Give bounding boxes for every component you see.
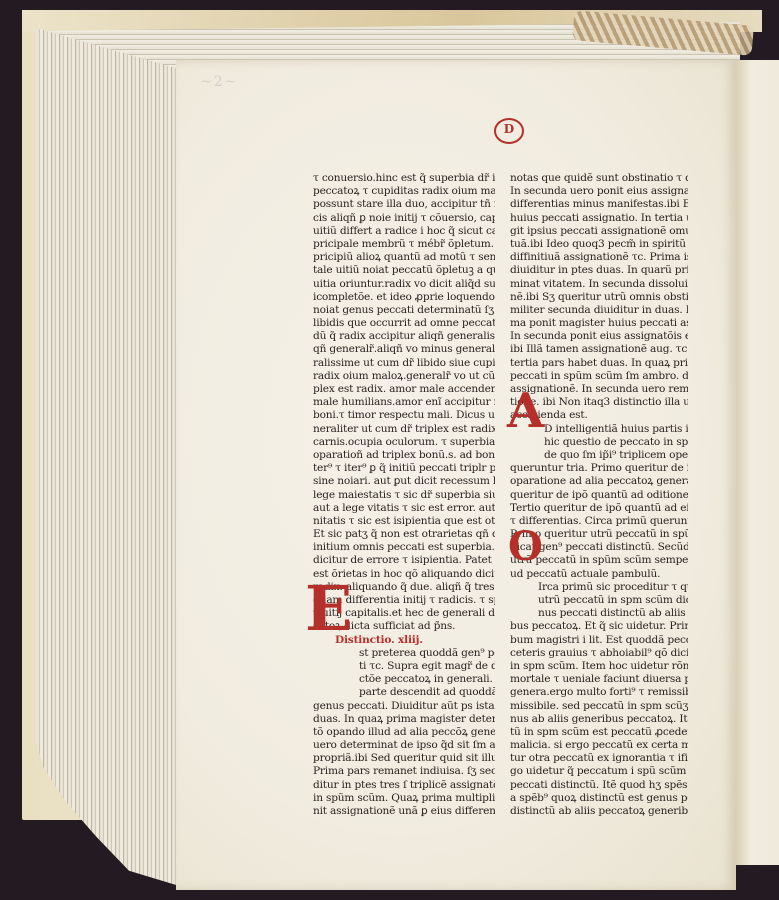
page-edges-fore (36, 28, 186, 888)
right-section-o-body: Irca primũ sic proceditur τ queriturutrũ… (510, 581, 688, 818)
text-line: boni.τ timor respectu mali. Dicus uero g… (313, 409, 495, 422)
rubricated-initial-a: A (507, 386, 544, 436)
text-line: nus ab aliis generibus peccatoꝝ. Itẽ pec… (510, 713, 688, 726)
text-line: dũ q̃ radix accipitur aliqñ generalissim… (313, 330, 495, 343)
text-line: malicia. si ergo peccatũ ex certa malici… (510, 739, 688, 752)
text-line: huius peccati assignatio. In tertia uero… (510, 212, 688, 225)
facing-page (736, 60, 779, 865)
text-line: mortale τ ueniale faciunt diuersa peccat… (510, 673, 688, 686)
text-line: in spũm scũm. Quaꝝ prima multipliciter p… (313, 792, 495, 805)
book-photograph: ~2~ D τ conuersio.hinc est q̃ superbia d… (0, 0, 779, 900)
text-line: bum magistri i lit. Est quoddã peccati g… (510, 634, 688, 647)
text-line: Irca primũ sic proceditur τ queritur (510, 581, 688, 594)
text-line: tõ opando illud ad alia peccõꝝ genera. I… (313, 726, 495, 739)
text-line: τ conuersio.hinc est q̃ superbia dr̃ ini… (313, 172, 495, 185)
text-line: tũ in spm scũm est peccatũ ꝓcedens ex ce… (510, 726, 688, 739)
text-line: peccati distinctũ. Itẽ quod hʒ spẽs ꝓpri… (510, 779, 688, 792)
text-line: queritur de ipõ quantũ ad oditiones prop… (510, 489, 688, 502)
text-line: ibi Illã tamen assignationẽ aug. τc. Sim… (510, 343, 688, 356)
text-line: nus peccati distinctũ ab aliis generi (510, 607, 688, 620)
text-line: missibile. sed peccatũ in spm scũʒ est a… (510, 700, 688, 713)
text-line: ceteris grauius τ abhoiabil⁹ qõ dicitur … (510, 647, 688, 660)
text-line: de quo ſm ip̃i⁹ triplicem operatões (510, 449, 688, 462)
left-text-column: τ conuersio.hinc est q̃ superbia dr̃ ini… (313, 172, 495, 818)
text-line: sine noiari. aut ꝑut dicit recessum libe… (313, 475, 495, 488)
text-line: Prima pars remanet indiuisa. ſʒ secũda d… (313, 765, 495, 778)
text-line: peccati in spũm scũm ſm ambro. diffiniti… (510, 370, 688, 383)
text-line: ma ponit magister huius peccati assignat… (510, 317, 688, 330)
text-line: propriã.ibi Sed queritur quid sit illud … (313, 752, 495, 765)
left-column-body: τ conuersio.hinc est q̃ superbia dr̃ ini… (313, 172, 495, 634)
text-line: diffinitiuã assignationẽ τc. Prima istaꝝ… (510, 251, 688, 264)
text-line: initium omnis peccati est superbia. τ qu… (313, 541, 495, 554)
text-line: oparatioñ ad triplex bonũ.s. ad bonũ iſt… (313, 449, 495, 462)
text-line: go uidetur q̃ peccatum i spũ scũm sit ge… (510, 765, 688, 778)
text-line: genus peccati. Diuiditur aũt ps ista in … (313, 700, 495, 713)
text-line: ti τc. Supra egit magr̃ de distin (313, 660, 495, 673)
text-line: nẽ.ibi Sʒ queritur utrũ omnis obstinatio… (510, 291, 688, 304)
text-line: notas que quidẽ sunt obstinatio τ desper… (510, 172, 688, 185)
text-line: git ipsius peccati assignationẽ omunẽ τ … (510, 225, 688, 238)
text-line: parte descendit ad quoddã spãle (313, 686, 495, 699)
text-line: nit assignationẽ unã ꝑ eius differentias… (313, 805, 495, 818)
text-line: pricipiũ alioꝝ quantũ ad motũ τ sensũ si… (313, 251, 495, 264)
folio-number-ghost: ~2~ (200, 74, 238, 90)
text-line: duas. In quaꝝ prima magister determiat õ… (313, 713, 495, 726)
text-line: possunt stare illa duo, accipitur tñ nom… (313, 198, 495, 211)
text-line: bus peccatoꝝ. Et q̃ sic uidetur. Primo p… (510, 620, 688, 633)
text-line: queruntur tria. Primo queritur de ipso i… (510, 462, 688, 475)
text-line: noiat genus peccati determinatũ ſʒ ꝓnita… (313, 304, 495, 317)
text-line: ter⁹ τ iter⁹ ꝑ q̃ initiũ peccati tripl̃r… (313, 462, 495, 475)
rubricated-initial-o: O (508, 527, 543, 567)
text-line: tale uitiũ noiat peccatũ õpletuꝫ a quo o… (313, 264, 495, 277)
text-line: libidis que occurrit ad omne peccatũ. Q̃… (313, 317, 495, 330)
text-line: neraliter ut cum dr̃ triplex est radix.s… (313, 423, 495, 436)
right-text-column: notas que quidẽ sunt obstinatio τ desper… (510, 172, 688, 818)
text-line: dicitur de errore τ isipientia. Patet et… (313, 554, 495, 567)
text-line: carnis.ocupia oculorum. τ superbia uite … (313, 436, 495, 449)
text-line: tertia pars habet duas. In quaꝝ prima po… (510, 357, 688, 370)
text-line: Et sic patʒ q̃ non est otrarietas qñ dic… (313, 528, 495, 541)
text-line: nitatis τ sic est isipientia que est otr… (313, 515, 495, 528)
text-line: pricipale membrũ τ mébr̃ õpletum. τ quod… (313, 238, 495, 251)
left-section-body: st preterea quoddã gen⁹ peccati τc. Supr… (313, 647, 495, 818)
text-line: uitiũ differt a radice i hoc q̃ sicut ca… (313, 225, 495, 238)
text-line: minat vitatem. In secunda dissoluit dubi… (510, 278, 688, 291)
text-line: tuã.ibi Ideo quoq3 pecm̃ in spiritũ sanc… (510, 238, 688, 251)
text-line: uitia oriuntur.radix vo dicit aliq̃d sub… (313, 278, 495, 291)
text-line: radix oium maloꝝ.generalr̃ vo ut cũ dr̃ … (313, 370, 495, 383)
text-line: distinctũ ab aliis peccatoꝝ generib⁹. se… (510, 805, 688, 818)
rubricated-initial-e: E (305, 578, 352, 640)
text-line: male humilians.amor enĩ accipitur respec… (313, 396, 495, 409)
rubricated-headmark: D (494, 118, 524, 144)
text-line: plex est radix. amor male accendens. τ t… (313, 383, 495, 396)
text-line: in spm scũm. Item hoc uidetur rõne. quia (510, 660, 688, 673)
text-line: lege maiestatis τ sic dr̃ superbia siue … (313, 489, 495, 502)
text-line: tur otra peccatũ ex ignorantia τ ifirmit… (510, 752, 688, 765)
text-line: cis aliqñ ꝑ noie initij τ cõuersio, capi… (313, 212, 495, 225)
text-line: ctõe peccatoꝝ in generali. In hac (313, 673, 495, 686)
text-line: qñ generalr̃.aliqñ vo minus generalr̃. G… (313, 343, 495, 356)
text-line: In secunda ponit eius assignatõis explan… (510, 330, 688, 343)
text-line: a spẽb⁹ quoꝝ distinctũ est genus peccati… (510, 792, 688, 805)
text-line: oparatione ad alia peccatoꝝ genera. Scdo (510, 475, 688, 488)
text-line: In secunda uero ponit eius assignationẽ … (510, 185, 688, 198)
text-line: icompletõe. et ideo ꝓprie loquendo radix… (313, 291, 495, 304)
text-line: Tertio queritur de ipõ quantũ ad ei⁹ spẽ… (510, 502, 688, 515)
text-line: peccatoꝝ τ cupiditas radix oium maloꝝ. τ… (313, 185, 495, 198)
text-line: utrũ peccatũ in spm scũm dicat ge (510, 594, 688, 607)
text-line: aut a lege vitatis τ sic est error. aut … (313, 502, 495, 515)
text-line: militer secunda diuiditur in duas. In qu… (510, 304, 688, 317)
text-line: ditur in ptes tres ſ triplicẽ assignatõe… (313, 779, 495, 792)
text-line: genera.ergo multo forti⁹ τ remissibile τ… (510, 686, 688, 699)
text-line: uero determinat de ipso q̃d sit ſm assig… (313, 739, 495, 752)
text-line: ralissime ut cum dr̃ libido siue cupidit… (313, 357, 495, 370)
text-line: differentias minus manifestas.ibi Est et… (510, 198, 688, 211)
text-line: diuiditur in ptes duas. In quarũ prima d… (510, 264, 688, 277)
text-line: st preterea quoddã gen⁹ pecca (313, 647, 495, 660)
